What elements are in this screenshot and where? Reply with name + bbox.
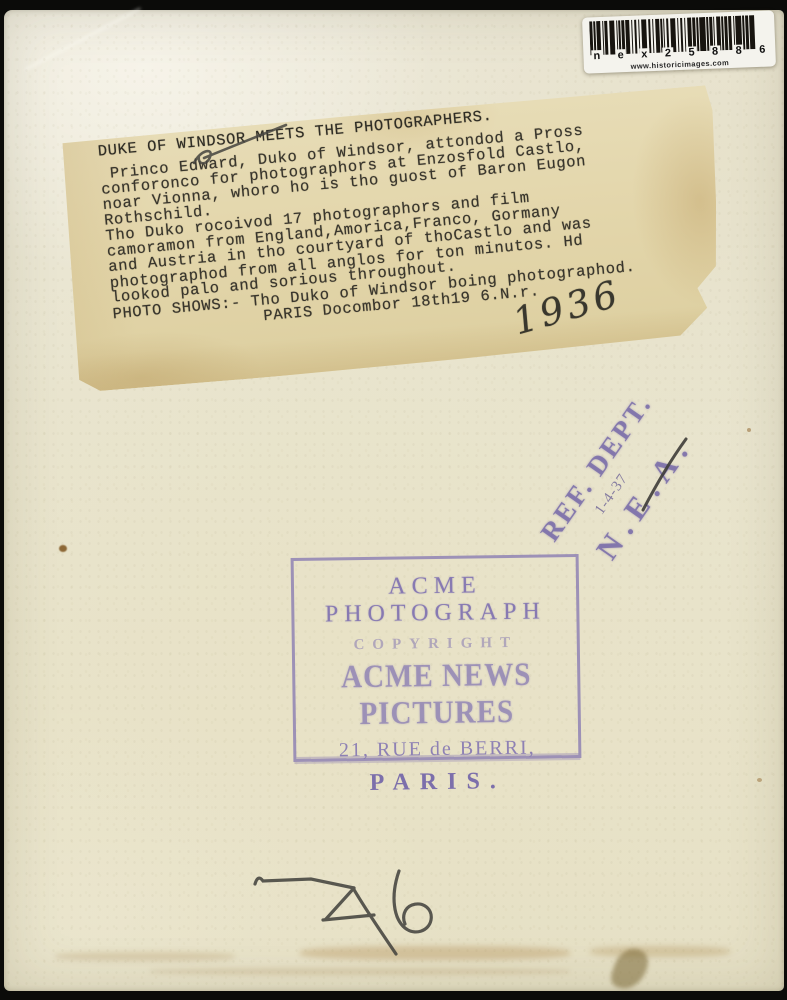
photo-back-scan: DUKE OF WINDSOR MEETS THE PHOTOGRAPHERS.…	[0, 0, 787, 1000]
barcode-digit: 8	[710, 45, 721, 57]
barcode-digit: 5	[686, 46, 697, 58]
acme-photograph-text: ACME PHOTOGRAPH	[294, 571, 577, 629]
copyright-text: COPYRIGHT	[295, 634, 577, 655]
acme-news-pictures-text: ACME NEWS PICTURES	[295, 656, 578, 734]
barcode-digit: x	[639, 48, 650, 60]
paris-text: PARIS.	[297, 767, 579, 798]
barcode-digit: e	[615, 49, 626, 61]
barcode-digit: n	[591, 50, 602, 62]
barcode-digit: 6	[757, 44, 768, 56]
barcode-sticker: nex25886 www.historicimages.com	[582, 10, 776, 73]
address-text: 21, RUE de BERRI,	[296, 736, 578, 763]
barcode-digit: 8	[733, 45, 744, 57]
acme-copyright-stamp: ACME PHOTOGRAPH COPYRIGHT ACME NEWS PICT…	[291, 554, 582, 762]
barcode-digit: 2	[663, 47, 674, 59]
